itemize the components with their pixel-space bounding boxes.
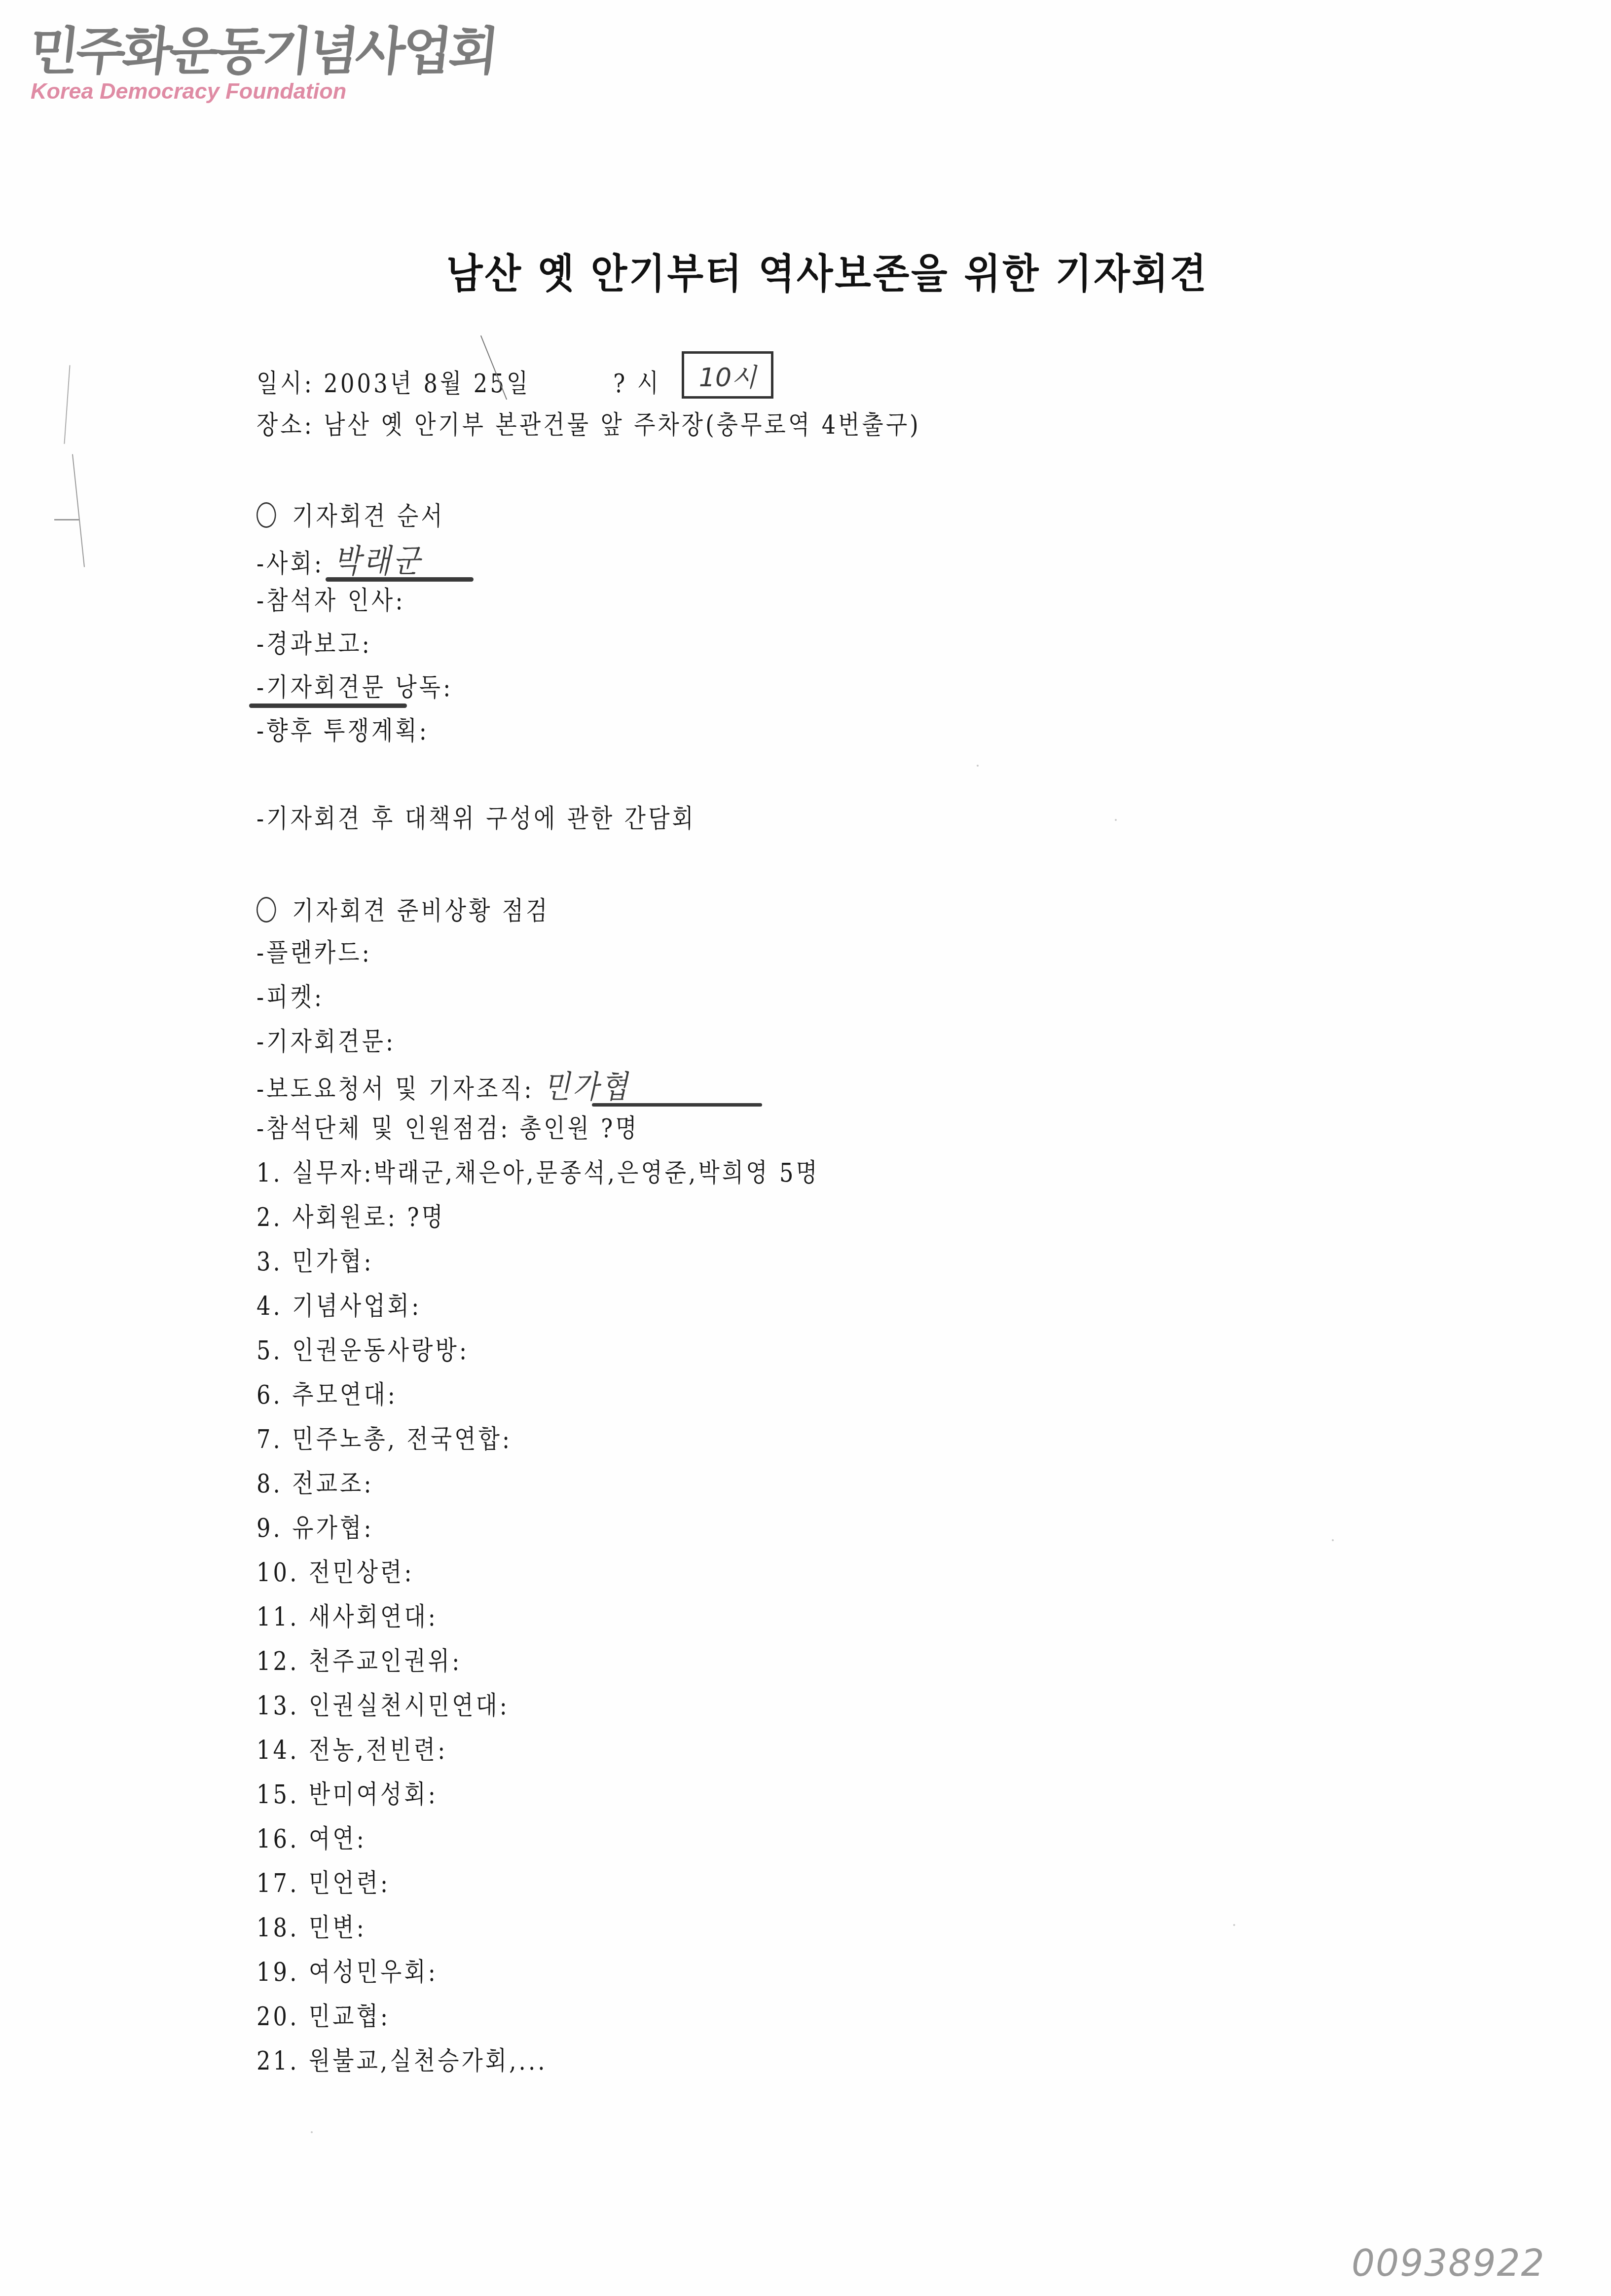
attendee-item: 15. 반미여성회: [256,1782,438,1808]
prep-item: -기자회견문: [256,1029,396,1055]
scan-speck [1332,1539,1334,1541]
order-item-host: -사회: 박래군 [256,545,423,578]
handwritten-underline [249,704,407,708]
attendee-item: 14. 전농,전빈련: [256,1738,447,1763]
order-item: -향후 투쟁계획: [256,718,429,744]
handwritten-underline [592,1103,762,1107]
section-order-header: 기자회견 순서 [256,502,445,529]
datetime-line: 일시: 2003년 8월 25일 ? 시 [256,371,661,397]
attendee-item: 13. 인권실천시민연대: [256,1693,510,1719]
scan-speck [1115,819,1117,821]
attendee-item: 21. 원불교,실천승가회,... [256,2048,548,2074]
order-item: -기자회견 후 대책위 구성에 관한 간담회 [256,806,696,832]
scan-speck [311,2131,313,2133]
foundation-logo-korean: 민주화운동기념사업회 [27,26,499,77]
prep-item: -플랜카드: [256,940,372,966]
document-title: 남산 옛 안기부터 역사보존을 위한 기자회견 [446,254,1180,295]
section-prep-header: 기자회견 준비상황 점검 [256,897,550,924]
document-page: 민주화운동기념사업회 Korea Democracy Foundation 남산… [0,0,1611,2296]
prep-item: -피켓: [256,985,324,1010]
scan-mark [54,519,79,520]
attendee-item: 7. 민주노총, 전국연합: [256,1427,512,1452]
attendee-item: 1. 실무자:박래군,채은아,문종석,은영준,박희영 5명 [256,1160,820,1186]
attendee-item: 12. 천주교인권위: [256,1649,462,1674]
prep-item-press: -보도요청서 및 기자조직: 민가협 [256,1072,630,1103]
attendee-item: 6. 추모연대: [256,1382,398,1408]
order-item: -기자회견문 낭독: [256,675,453,701]
handwritten-underline [326,577,474,582]
order-item-label: -사회: [256,549,324,579]
attendee-item: 16. 여연: [256,1826,366,1852]
scan-speck [977,765,979,767]
section-header-text: 기자회견 준비상황 점검 [292,896,549,926]
attendee-item: 20. 민교협: [256,2004,390,2030]
attendee-item: 8. 전교조: [256,1471,374,1497]
order-item: -참석자 인사: [256,588,405,614]
foundation-logo-english: Korea Democracy Foundation [31,80,346,102]
attendee-item: 5. 인권운동사랑방: [256,1338,469,1364]
archive-number: 00938922 [1352,2242,1545,2285]
time-placeholder: ? 시 [613,369,661,399]
attendee-item: 2. 사회원로: ?명 [256,1205,445,1230]
prep-item-label: -보도요청서 및 기자조직: [256,1074,534,1104]
attendee-item: 17. 민언련: [256,1871,390,1896]
scan-mark [72,454,85,567]
attendee-item: 19. 여성민우회: [256,1960,438,1985]
datetime-label: 일시: 2003년 8월 25일 [256,369,530,399]
handwritten-time: 10시 [699,357,756,394]
circle-bullet-icon [256,897,276,923]
scan-speck [1233,1924,1235,1926]
section-header-text: 기자회견 순서 [292,502,445,531]
scan-mark [64,365,70,444]
attendee-item: 3. 민가협: [256,1249,374,1275]
handwritten-press-org: 민가협 [544,1069,630,1106]
attendee-item: 4. 기념사업회: [256,1294,421,1319]
attendee-item: 9. 유가협: [256,1516,374,1541]
handwritten-host-name: 박래군 [334,542,423,580]
attendee-item: 11. 새사회연대: [256,1604,438,1630]
handwritten-time-box: 10시 [682,351,773,399]
attendee-item: 18. 민변: [256,1915,366,1941]
prep-item: -참석단체 및 인원점검: 총인원 ?명 [256,1116,639,1142]
location-line: 장소: 남산 옛 안기부 본관건물 앞 주차장(충무로역 4번출구) [256,412,921,438]
circle-bullet-icon [256,502,276,528]
order-item: -경과보고: [256,631,372,657]
attendee-item: 10. 전민상련: [256,1560,414,1586]
